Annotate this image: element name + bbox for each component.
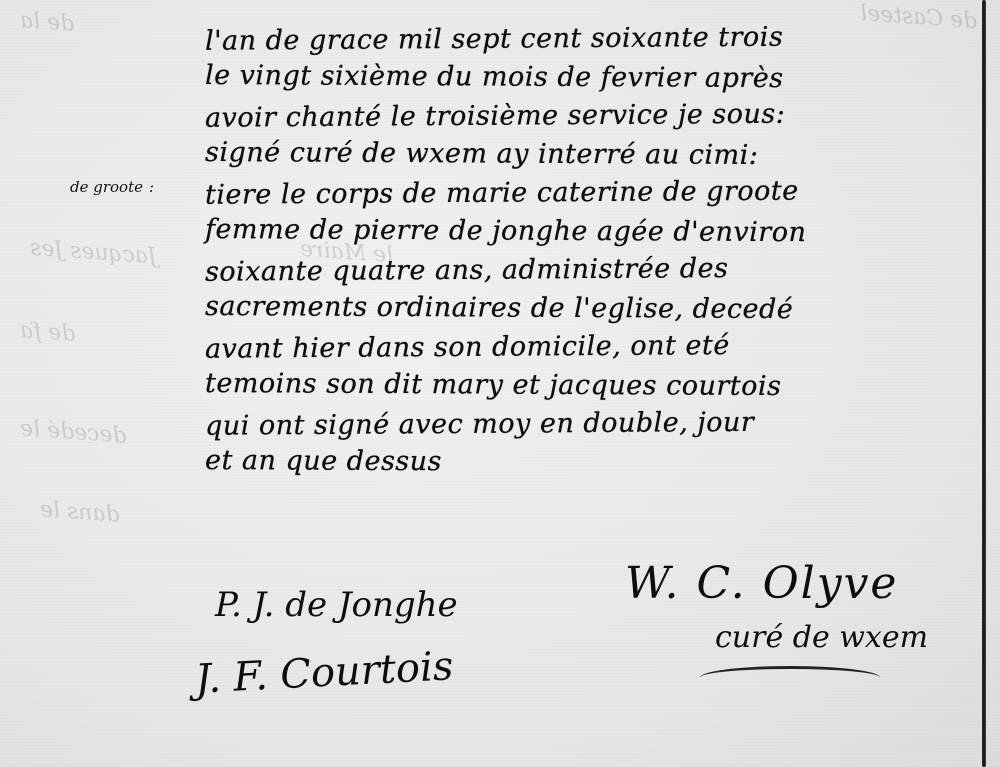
entry-line: avant hier dans son domicile, ont eté — [205, 325, 975, 369]
bleed-through-text: decedé le — [19, 416, 127, 448]
entry-line: avoir chanté le troisième service je sou… — [205, 94, 975, 138]
bleed-through-text: Jacques Jes — [29, 236, 157, 270]
signature-flourish — [700, 666, 880, 689]
witness-signature-courtois: J. F. Courtois — [194, 643, 454, 702]
margin-note-mark: : — [149, 178, 154, 196]
curate-title: curé de wxem — [715, 620, 928, 655]
entry-line: femme de pierre de jonghe agée d'environ — [205, 210, 975, 253]
margin-note: de groote: — [70, 178, 154, 196]
entry-line: signé curé de wxem ay interré au cimi: — [205, 133, 975, 176]
register-page: de la de Casteel Jacques Jes de fa le Ma… — [0, 0, 1000, 767]
entry-line: le vingt sixième du mois de fevrier aprè… — [205, 56, 975, 99]
entry-line: qui ont signé avec moy en double, jour — [205, 402, 975, 446]
entry-line: et an que dessus — [205, 441, 975, 484]
entry-line: soixante quatre ans, administrée des — [205, 248, 975, 292]
curate-signature: W. C. Olyve — [625, 558, 898, 609]
entry-line: l'an de grace mil sept cent soixante tro… — [205, 17, 975, 61]
entry-line: temoins son dit mary et jacques courtois — [205, 364, 975, 407]
bleed-through-text: dans le — [39, 497, 120, 528]
entry-line: tiere le corps de marie caterine de groo… — [205, 171, 975, 215]
page-margin-rule — [982, 0, 986, 767]
witness-signature-husband: P. J. de Jonghe — [215, 585, 458, 625]
bleed-through-text: de la — [19, 8, 75, 37]
entry-body: l'an de grace mil sept cent soixante tro… — [205, 20, 975, 482]
margin-note-surname: de groote — [70, 178, 143, 196]
bleed-through-text: de fa — [19, 318, 76, 347]
entry-line: sacrements ordinaires de l'eglise, deced… — [205, 287, 975, 330]
